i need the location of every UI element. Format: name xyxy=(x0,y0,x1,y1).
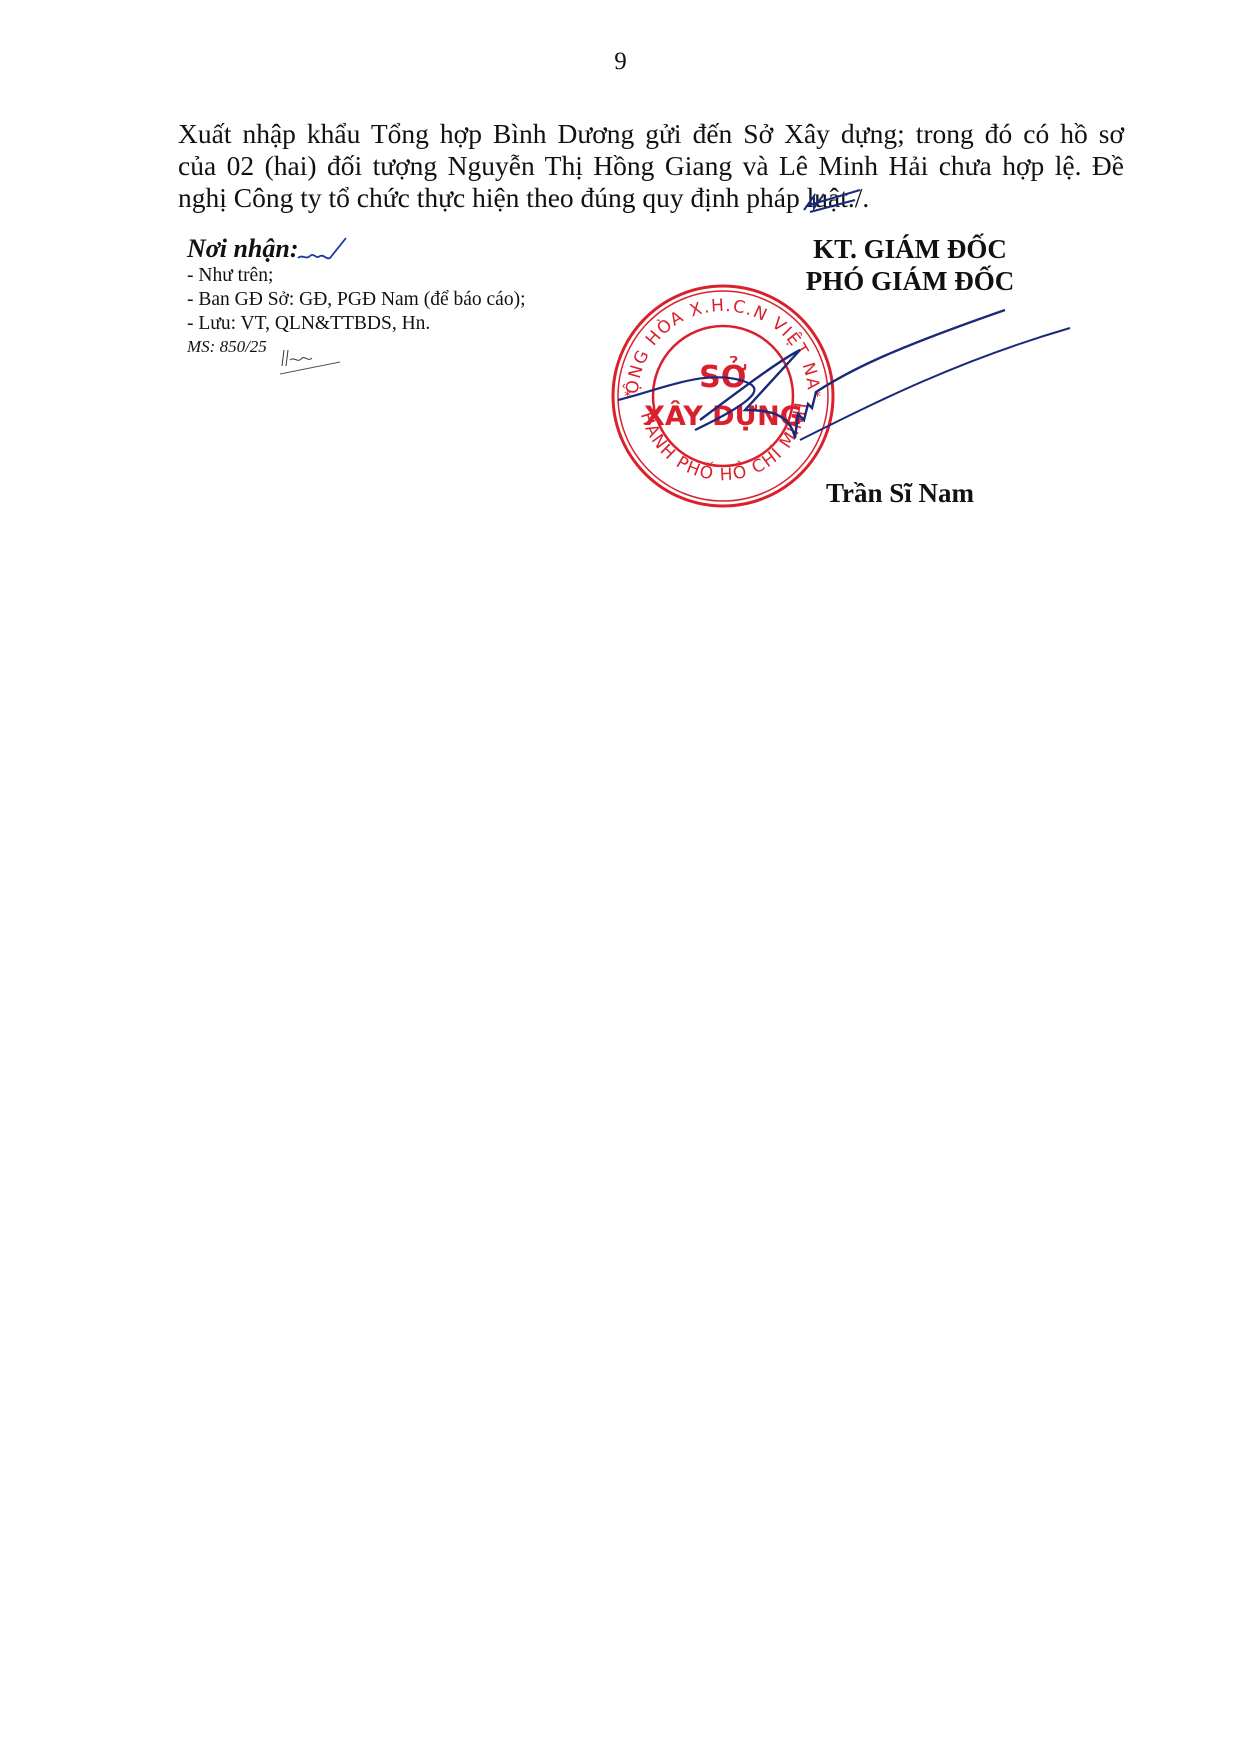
body-line: Xuất nhập khẩu Tổng hợp Bình Dương gửi đ… xyxy=(178,118,1124,150)
recipient-item: - Ban GĐ Sở: GĐ, PGĐ Nam (để báo cáo); xyxy=(187,288,526,312)
recipients-title: Nơi nhận: xyxy=(187,234,526,264)
body-paragraph: Xuất nhập khẩu Tổng hợp Bình Dương gửi đ… xyxy=(178,118,1124,214)
body-line: nghị Công ty tổ chức thực hiện theo đúng… xyxy=(178,182,1124,214)
handwritten-check-icon xyxy=(296,236,356,266)
initials-mark-icon xyxy=(800,186,870,216)
signer-title-line1: KT. GIÁM ĐỐC xyxy=(760,233,1060,265)
handwritten-signature-icon xyxy=(700,320,1100,440)
recipient-item: - Như trên; xyxy=(187,264,526,288)
handwritten-mark-icon xyxy=(280,346,360,376)
signer-name: Trần Sĩ Nam xyxy=(770,478,1030,509)
body-line: của 02 (hai) đối tượng Nguyễn Thị Hồng G… xyxy=(178,150,1124,182)
recipients-block: Nơi nhận: - Như trên; - Ban GĐ Sở: GĐ, P… xyxy=(187,234,526,358)
recipient-item: - Lưu: VT, QLN&TTBDS, Hn. xyxy=(187,312,526,336)
page-number: 9 xyxy=(0,48,1241,76)
